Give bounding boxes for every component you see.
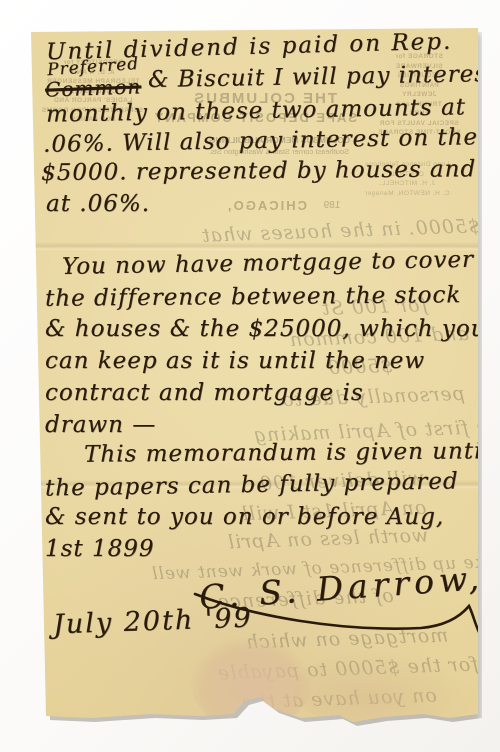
handwritten-line: the difference between the stock [45,282,461,312]
handwritten-line: This memorandum is given until [84,438,491,468]
handwritten-line: drawn — [45,412,156,438]
handwritten-line: can keep as it is until the new [45,348,425,374]
handwritten-line: $5000. represented by houses and lot [41,156,500,186]
handwritten-line: at .06%. [46,191,150,217]
handwritten-line: & houses & the $25000, which you [45,316,487,342]
ghost-letterhead-year-blank: 189 [317,200,347,211]
handwritten-line: You now have mortgage to cover all [62,246,500,280]
ghost-letterhead-city: CHICAGO, [227,198,307,213]
letter-paper: THE COLUMBUS SAFE DEPOSIT COMPANY COLUMB… [31,28,478,728]
handwritten-line: 1st 1899 [45,536,155,562]
handwritten-line: .06%. Will also pay interest on the [43,124,478,158]
handwritten-line: & sent to you on or before Aug, [45,504,444,530]
handwritten-line: the papers can be fully prepared [45,468,459,501]
handwritten-line: contract and mortgage is [45,380,364,406]
struck-word: Common [45,74,142,101]
ghost-officers-line: C. H. NEWTON, Manager [347,189,467,199]
scan-background: THE COLUMBUS SAFE DEPOSIT COMPANY COLUMB… [0,0,500,752]
